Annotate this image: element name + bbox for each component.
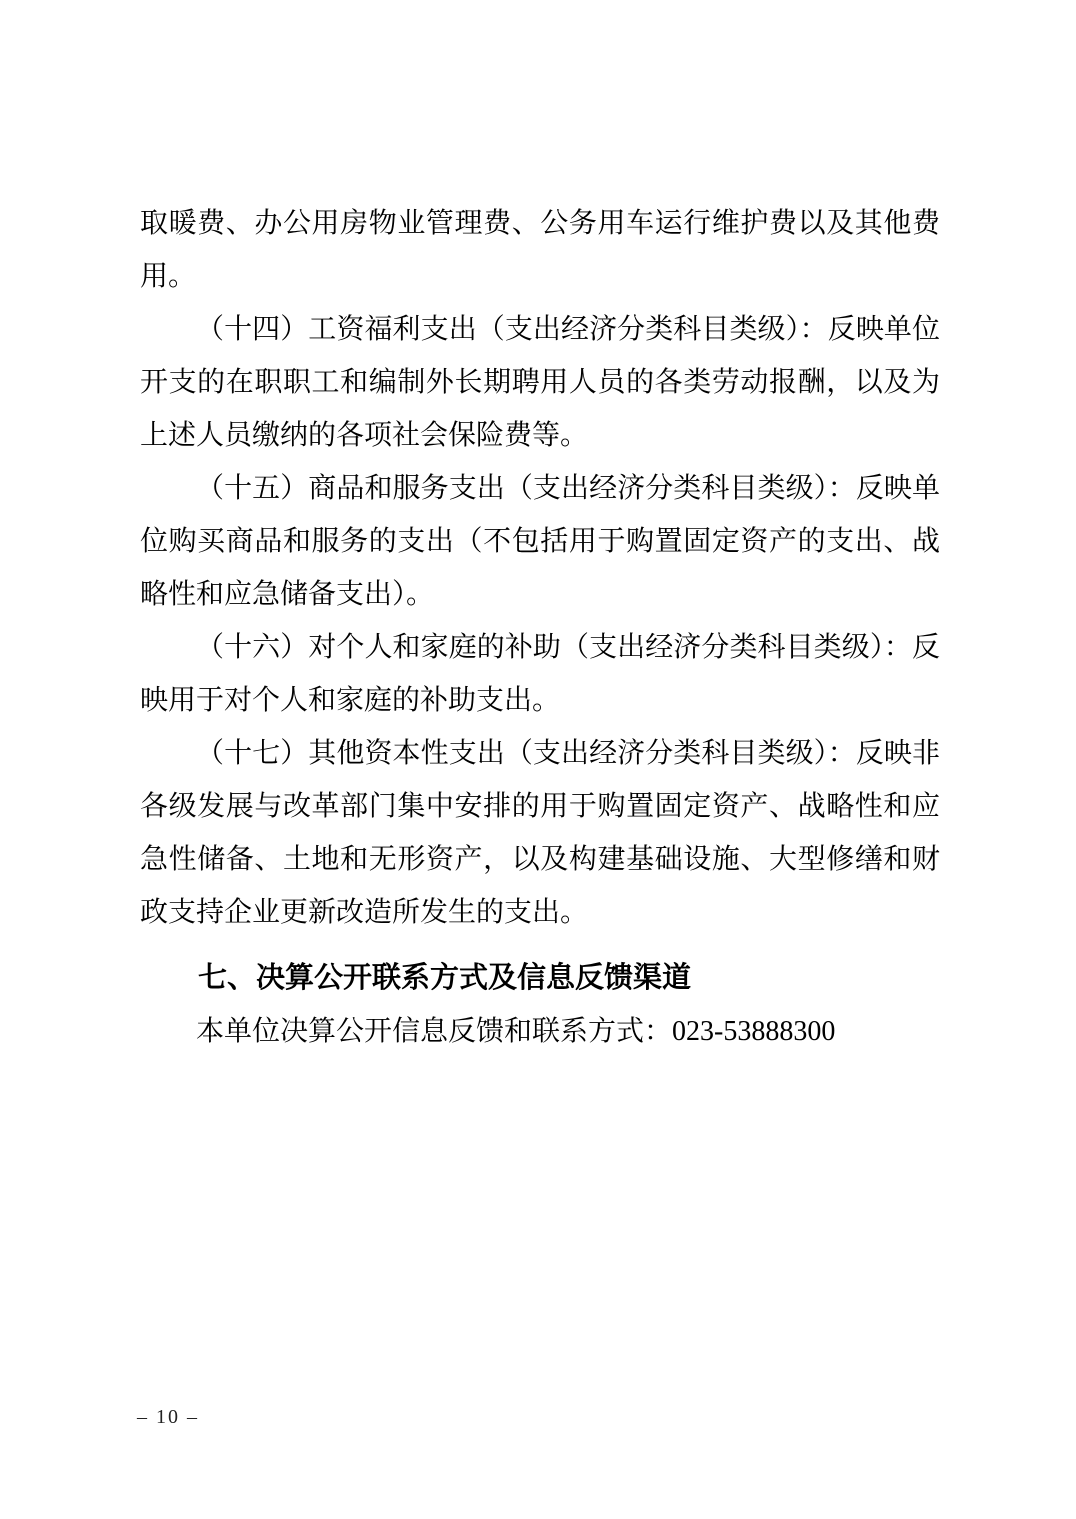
paragraph-continuation: 取暖费、办公用房物业管理费、公务用车运行维护费以及其他费用。 — [140, 197, 940, 303]
page-footer: – 10 – — [137, 1405, 199, 1429]
paragraph-item-14: （十四）工资福利支出（支出经济分类科目类级）：反映单位开支的在职职工和编制外长期… — [140, 303, 940, 462]
paragraph-item-17: （十七）其他资本性支出（支出经济分类科目类级）：反映非各级发展与改革部门集中安排… — [140, 727, 940, 939]
contact-label: 本单位决算公开信息反馈和联系方式： — [196, 1016, 672, 1047]
section-heading-seven: 七、决算公开联系方式及信息反馈渠道 — [140, 951, 940, 1005]
contact-phone: 023-53888300 — [672, 1016, 835, 1047]
document-content: 取暖费、办公用房物业管理费、公务用车运行维护费以及其他费用。 （十四）工资福利支… — [140, 197, 940, 1059]
paragraph-item-15: （十五）商品和服务支出（支出经济分类科目类级）：反映单位购买商品和服务的支出（不… — [140, 462, 940, 621]
paragraph-item-16: （十六）对个人和家庭的补助（支出经济分类科目类级）：反映用于对个人和家庭的补助支… — [140, 621, 940, 727]
page-number: – 10 – — [137, 1406, 199, 1428]
document-page: 取暖费、办公用房物业管理费、公务用车运行维护费以及其他费用。 （十四）工资福利支… — [0, 0, 1076, 1519]
contact-line: 本单位决算公开信息反馈和联系方式：023-53888300 — [140, 1005, 940, 1059]
